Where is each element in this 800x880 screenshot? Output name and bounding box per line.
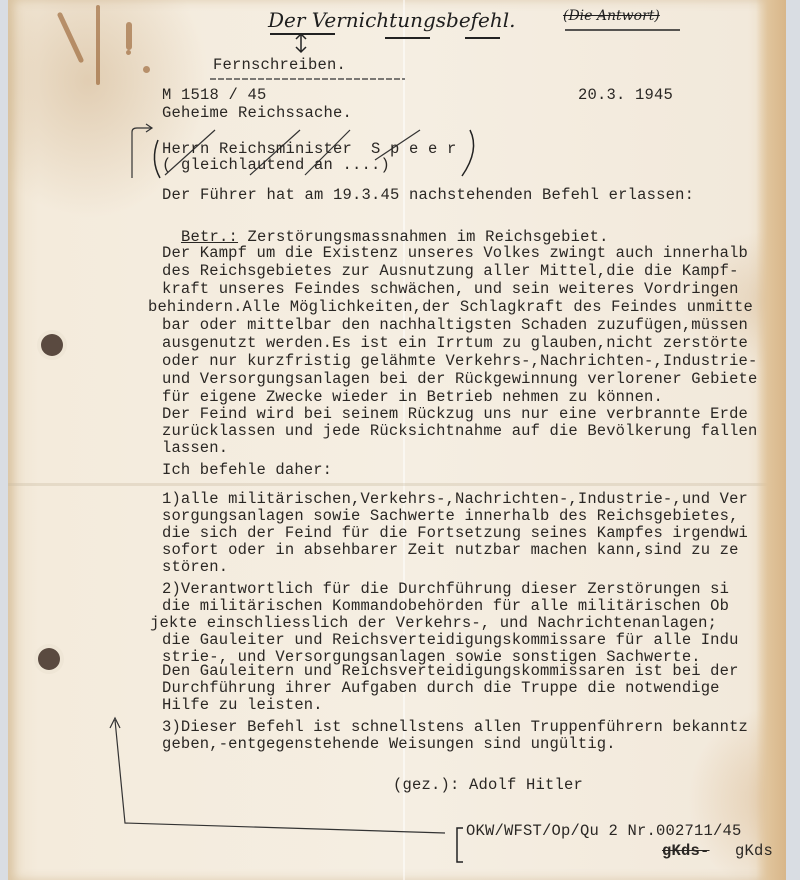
point1-line: sorgungsanlagen sowie Sachwerte innerhal… [162,507,739,525]
classification-mark-crossed: gKds- [662,842,710,860]
paragraph-line: lassen. [162,439,228,457]
signature: (gez.): Adolf Hitler [393,776,583,794]
paragraph-line: für eigene Zwecke wieder in Betrieb nehm… [162,388,663,406]
point2-line: 2)Verantwortlich für die Durchführung di… [162,580,729,598]
intro-line: Der Führer hat am 19.3.45 nachstehenden … [162,186,694,204]
paragraph-line: Der Kampf um die Existenz unseres Volkes… [162,244,748,262]
point1-line: die sich der Feind für die Fortsetzung s… [162,524,748,542]
paragraph-line: ausgenutzt werden.Es ist ein Irrtum zu g… [162,334,748,352]
document-date: 20.3. 1945 [578,86,673,104]
paragraph2-line: Hilfe zu leisten. [162,696,323,714]
paragraph-line: kraft unseres Feindes schwächen, und sei… [162,280,739,298]
point2-line: jekte einschliesslich der Verkehrs-, und… [150,614,717,632]
paragraph-line: behindern.Alle Möglichkeiten,der Schlagk… [148,298,753,316]
order-intro: Ich befehle daher: [162,461,332,479]
file-number: OKW/WFST/Op/Qu 2 Nr.002711/45 [466,822,742,840]
point3-line: geben,-entgegenstehende Weisungen sind u… [162,735,616,753]
paragraph2-line: Den Gauleitern und Reichsverteidigungsko… [162,662,739,680]
paragraph2-line: Durchführung ihrer Aufgaben durch die Tr… [162,679,720,697]
classification: Geheime Reichssache. [162,104,352,122]
point1-line: 1)alle militärischen,Verkehrs-,Nachricht… [162,490,748,508]
point3-line: 3)Dieser Befehl ist schnellstens allen T… [162,718,748,736]
point1-line: sofort oder in absehbarer Zeit nutzbar m… [162,541,739,559]
paragraph-line: zurücklassen und jede Rücksichtnahme auf… [162,422,757,440]
document-type: Fernschreiben. [213,56,346,74]
addressee-copy-line: ( gleichlautend an ....) [162,156,390,174]
reference-number: M 1518 / 45 [162,86,267,104]
point2-line: die militärischen Kommandobehörden für a… [162,597,729,615]
paragraph-line: oder nur kurzfristig gelähmte Verkehrs-,… [162,352,757,370]
paragraph-line: bar oder mittelbar den nachhaltigsten Sc… [162,316,748,334]
paragraph-line: und Versorgungsanlagen bei der Rückgewin… [162,370,757,388]
classification-mark: gKds [735,842,773,860]
subject-line: Betr.: Zerstörungsmassnahmen im Reichsge… [162,210,609,246]
point2-line: die Gauleiter und Reichsverteidigungskom… [162,631,739,649]
paragraph-line: Der Feind wird bei seinem Rückzug uns nu… [162,405,748,423]
point1-line: stören. [162,558,228,576]
paragraph-line: des Reichsgebietes zur Ausnutzung aller … [162,262,739,280]
